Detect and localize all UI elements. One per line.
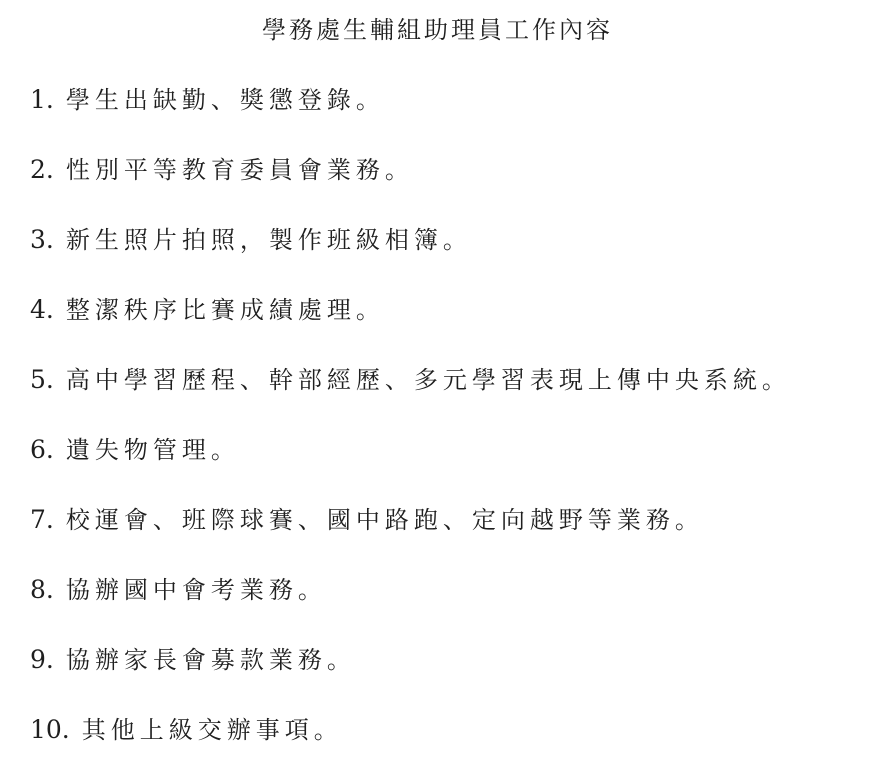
item-text: 協辦家長會募款業務。 <box>66 646 356 674</box>
item-number: 6. <box>30 434 54 466</box>
list-item: 1.學生出缺勤、獎懲登錄。 <box>30 84 875 116</box>
list-item: 8.協辦國中會考業務。 <box>30 574 875 606</box>
item-number: 7. <box>30 504 54 536</box>
list-item: 4.整潔秩序比賽成績處理。 <box>30 294 875 326</box>
item-text: 協辦國中會考業務。 <box>66 576 327 604</box>
item-text: 性別平等教育委員會業務。 <box>66 156 414 184</box>
item-number: 10. <box>30 714 70 746</box>
item-text: 新生照片拍照，製作班級相簿。 <box>66 226 472 254</box>
list-item: 9.協辦家長會募款業務。 <box>30 644 875 676</box>
item-number: 3. <box>30 224 54 256</box>
document-page: 學務處生輔組助理員工作內容 1.學生出缺勤、獎懲登錄。 2.性別平等教育委員會業… <box>0 0 875 769</box>
item-text: 校運會、班際球賽、國中路跑、定向越野等業務。 <box>66 506 704 534</box>
list-item: 6.遺失物管理。 <box>30 434 875 466</box>
item-text: 遺失物管理。 <box>66 436 240 464</box>
item-text: 學生出缺勤、獎懲登錄。 <box>66 86 385 114</box>
list-item: 7.校運會、班際球賽、國中路跑、定向越野等業務。 <box>30 504 875 536</box>
item-number: 9. <box>30 644 54 676</box>
item-number: 4. <box>30 294 54 326</box>
item-text: 整潔秩序比賽成績處理。 <box>66 296 385 324</box>
item-number: 2. <box>30 154 54 186</box>
item-number: 1. <box>30 84 54 116</box>
list-item: 2.性別平等教育委員會業務。 <box>30 154 875 186</box>
list-item: 5.高中學習歷程、幹部經歷、多元學習表現上傳中央系統。 <box>30 364 875 396</box>
document-title: 學務處生輔組助理員工作內容 <box>0 0 875 46</box>
list-item: 10.其他上級交辦事項。 <box>30 714 875 746</box>
item-text: 高中學習歷程、幹部經歷、多元學習表現上傳中央系統。 <box>66 366 791 394</box>
list-item: 3.新生照片拍照，製作班級相簿。 <box>30 224 875 256</box>
item-text: 其他上級交辦事項。 <box>82 716 343 744</box>
item-number: 5. <box>30 364 54 396</box>
item-number: 8. <box>30 574 54 606</box>
